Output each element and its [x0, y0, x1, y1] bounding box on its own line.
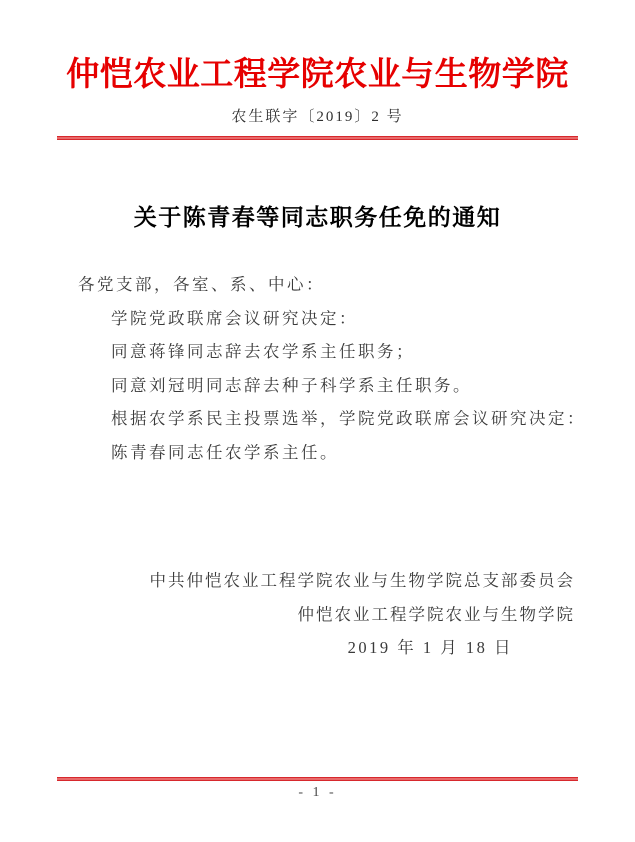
signature-date-line: 2019 年 1 月 18 日 [0, 631, 575, 665]
document-number: 农生联字〔2019〕2 号 [0, 107, 635, 127]
document-page: 仲恺农业工程学院农业与生物学院 农生联字〔2019〕2 号 关于陈青春等同志职务… [0, 0, 635, 842]
signature-committee-line: 中共仲恺农业工程学院农业与生物学院总支部委员会 [0, 564, 575, 598]
footer-divider-line [57, 777, 578, 781]
header-divider-line [57, 136, 578, 140]
issuing-org-title: 仲恺农业工程学院农业与生物学院 [0, 0, 635, 100]
body-paragraph-5: 陈青春同志任农学系主任。 [78, 436, 607, 470]
body-paragraph-3: 同意刘冠明同志辞去种子科学系主任职务。 [78, 369, 607, 403]
signature-block: 中共仲恺农业工程学院农业与生物学院总支部委员会 仲恺农业工程学院农业与生物学院 … [0, 564, 575, 665]
notice-body: 各党支部，各室、系、中心： 学院党政联席会议研究决定： 同意蒋锋同志辞去农学系主… [78, 268, 607, 469]
body-paragraph-2: 同意蒋锋同志辞去农学系主任职务； [78, 335, 607, 369]
page-number: - 1 - [0, 785, 635, 801]
signature-college-line: 仲恺农业工程学院农业与生物学院 [0, 598, 575, 632]
body-paragraph-1: 学院党政联席会议研究决定： [78, 302, 607, 336]
notice-title: 关于陈青春等同志职务任免的通知 [0, 202, 635, 233]
salutation-line: 各党支部，各室、系、中心： [78, 268, 607, 302]
body-paragraph-4: 根据农学系民主投票选举，学院党政联席会议研究决定： [78, 402, 607, 436]
